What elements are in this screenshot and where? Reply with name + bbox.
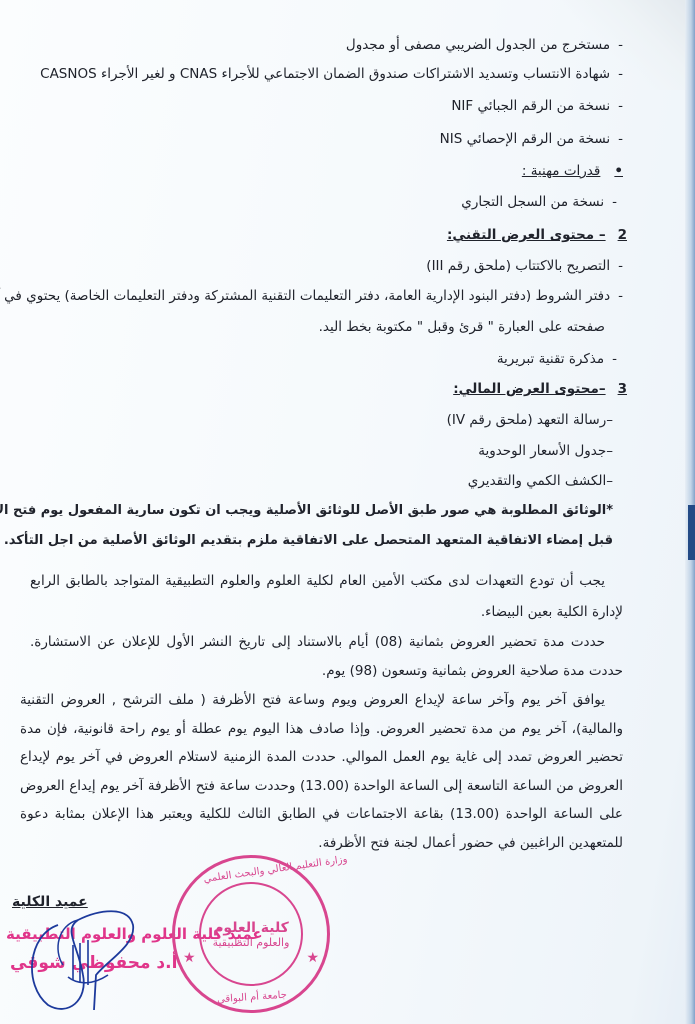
list-item-text: نسخة من السجل التجاري: [461, 194, 604, 210]
dash: -: [618, 66, 623, 82]
section-heading-technical: 2– محتوى العرض التقني:: [447, 226, 627, 244]
note-text: قبل إمضاء الاتفاقية المتعهد المتحصل على …: [4, 533, 613, 548]
section-number: 2: [618, 227, 627, 243]
dash: -: [618, 258, 623, 274]
list-item: -مذكرة تقنية تبريرية: [497, 350, 617, 368]
list-item-continuation: صفحته على العبارة " قرئ وقبل " مكتوبة بخ…: [319, 318, 605, 336]
dash: -: [618, 131, 623, 147]
note-original-documents: *الوثائق المطلوبة هي صور طبق الأصل للوثا…: [0, 502, 613, 520]
section-number: 3: [618, 381, 627, 397]
heading-text: قدرات مهنية :: [522, 163, 601, 179]
list-item-text: صفحته على العبارة " قرئ وقبل " مكتوبة بخ…: [319, 319, 605, 335]
list-item-text: –رسالة التعهد (ملحق رقم IV): [447, 412, 613, 428]
note-before-signing: قبل إمضاء الاتفاقية المتعهد المتحصل على …: [4, 532, 613, 550]
note-text: *الوثائق المطلوبة هي صور طبق الأصل للوثا…: [0, 503, 613, 518]
paragraph-deposit: يجب أن تودع التعهدات لدى مكتب الأمين الع…: [30, 566, 623, 628]
paragraph-duration: حددت مدة تحضير العروض بثمانية (08) أيام …: [30, 628, 623, 686]
section-heading-professional: •قدرات مهنية :: [522, 162, 623, 180]
seal-star-icon: ★: [183, 950, 196, 966]
list-item: -شهادة الانتساب وتسديد الاشتراكات صندوق …: [40, 65, 623, 83]
list-item: -التصريح بالاكتتاب (ملحق رقم III): [426, 257, 623, 275]
seal-center-line1: كلية العلوم: [213, 920, 289, 936]
bullet-icon: •: [614, 163, 623, 179]
list-item: –جدول الأسعار الوحدوية: [478, 442, 613, 460]
list-item-text: مستخرج من الجدول الضريبي مصفى أو مجدول: [346, 37, 610, 53]
list-item: -نسخة من الرقم الإحصائي NIS: [440, 130, 623, 148]
list-item-text: شهادة الانتساب وتسديد الاشتراكات صندوق ا…: [40, 66, 610, 82]
handwritten-signature: [18, 905, 148, 1015]
list-item: -مستخرج من الجدول الضريبي مصفى أو مجدول: [346, 36, 623, 54]
dash: -: [618, 37, 623, 53]
heading-text: –محتوى العرض المالي:: [453, 381, 605, 397]
list-item: -دفتر الشروط (دفتر البنود الإدارية العام…: [0, 287, 623, 305]
scanned-page: -مستخرج من الجدول الضريبي مصفى أو مجدول …: [0, 0, 695, 1024]
list-item: –رسالة التعهد (ملحق رقم IV): [447, 411, 613, 429]
official-seal: كلية العلوم والعلوم التطبيقية وزارة التع…: [172, 855, 330, 1013]
heading-text: – محتوى العرض التقني:: [447, 227, 606, 243]
list-item-text: –جدول الأسعار الوحدوية: [478, 443, 613, 459]
list-item: -نسخة من الرقم الجبائي NIF: [451, 97, 623, 115]
list-item-text: نسخة من الرقم الإحصائي NIS: [440, 131, 610, 147]
seal-ring-bottom-text: جامعة أم البواقي: [217, 990, 288, 1006]
list-item-text: دفتر الشروط (دفتر البنود الإدارية العامة…: [0, 288, 610, 304]
dash: -: [612, 351, 617, 367]
list-item-text: التصريح بالاكتتاب (ملحق رقم III): [426, 258, 610, 274]
section-heading-financial: 3–محتوى العرض المالي:: [453, 380, 627, 398]
page-right-edge-dark: [688, 505, 695, 560]
seal-center: كلية العلوم والعلوم التطبيقية: [199, 882, 303, 986]
list-item: -نسخة من السجل التجاري: [461, 193, 617, 211]
list-item: –الكشف الكمي والتقديري: [468, 472, 613, 490]
dash: -: [618, 98, 623, 114]
list-item-text: مذكرة تقنية تبريرية: [497, 351, 604, 367]
seal-center-line2: والعلوم التطبيقية: [213, 936, 290, 949]
paragraph-opening: يوافق آخر يوم وآخر ساعة لإيداع العروض وي…: [20, 686, 623, 857]
dash: -: [618, 288, 623, 304]
dash: -: [612, 194, 617, 210]
list-item-text: نسخة من الرقم الجبائي NIF: [451, 98, 610, 114]
seal-ring-top-text: وزارة التعليم العالي والبحث العلمي: [203, 854, 348, 885]
list-item-text: –الكشف الكمي والتقديري: [468, 473, 613, 489]
seal-star-icon: ★: [306, 950, 319, 966]
